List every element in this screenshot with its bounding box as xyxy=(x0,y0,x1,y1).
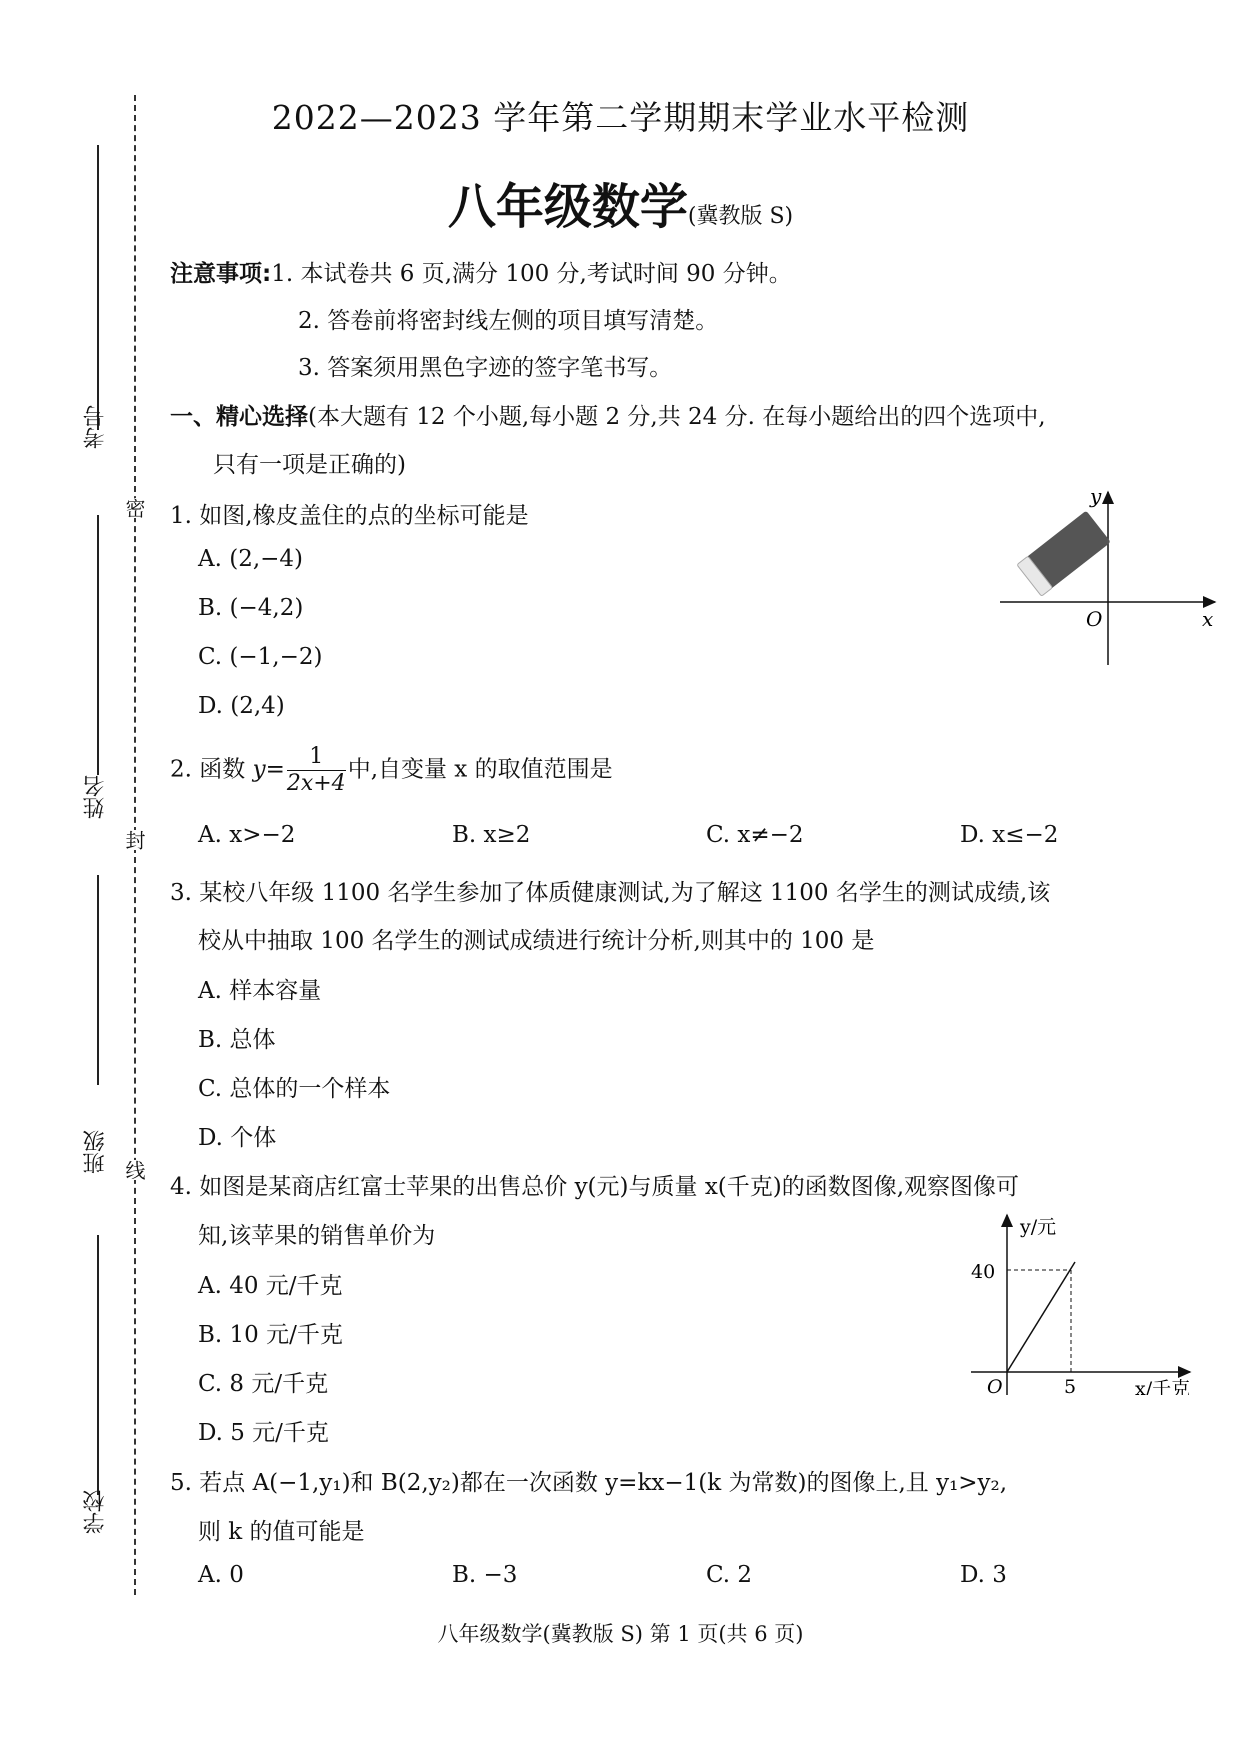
subject-name: 八年级数学 xyxy=(448,179,688,235)
q3-option-c[interactable]: C. 总体的一个样本 xyxy=(198,1070,390,1103)
q3-option-b[interactable]: B. 总体 xyxy=(198,1021,276,1054)
section-heading: 一、精心选择(本大题有 12 个小题,每小题 2 分,共 24 分. 在每小题给… xyxy=(170,398,1046,431)
class-field-line[interactable] xyxy=(97,875,99,1085)
section-title: 一、精心选择 xyxy=(170,404,308,430)
q3-option-a[interactable]: A. 样本容量 xyxy=(198,972,321,1005)
eraser-icon xyxy=(1017,511,1111,597)
q1-option-d[interactable]: D. (2,4) xyxy=(198,693,285,719)
q2-option-d[interactable]: D. x≤−2 xyxy=(960,822,1058,848)
question-3-stem-2: 校从中抽取 100 名学生的测试成绩进行统计分析,则其中的 100 是 xyxy=(198,922,874,955)
q1-option-b[interactable]: B. (−4,2) xyxy=(198,595,303,621)
q5-option-c[interactable]: C. 2 xyxy=(706,1562,752,1588)
svg-text:y/元: y/元 xyxy=(1019,1216,1056,1238)
question-4-stem-2: 知,该苹果的销售单价为 xyxy=(198,1217,435,1250)
question-3-stem-1: 3. 某校八年级 1100 名学生参加了体质健康测试,为了解这 1100 名学生… xyxy=(170,874,1050,907)
question-5-stem-2: 则 k 的值可能是 xyxy=(198,1513,365,1546)
q5-option-d[interactable]: D. 3 xyxy=(960,1562,1007,1588)
q3-option-d[interactable]: D. 个体 xyxy=(198,1119,276,1152)
note-item-3: 3. 答案须用黑色字迹的签字笔书写。 xyxy=(298,349,672,382)
school-label: 学校 xyxy=(80,1490,111,1534)
q4-option-a[interactable]: A. 40 元/千克 xyxy=(198,1267,343,1300)
edition-label: (冀教版 S) xyxy=(688,204,793,229)
q1-option-c[interactable]: C. (−1,−2) xyxy=(198,644,322,670)
q4-price-chart: y/元 40 O 5 x/千克 xyxy=(965,1205,1215,1395)
svg-text:x: x xyxy=(1202,607,1213,631)
question-1-stem: 1. 如图,橡皮盖住的点的坐标可能是 xyxy=(170,497,529,530)
svg-text:O: O xyxy=(1086,607,1102,631)
q4-option-c[interactable]: C. 8 元/千克 xyxy=(198,1365,328,1398)
svg-text:5: 5 xyxy=(1064,1376,1076,1395)
question-4-stem-1: 4. 如图是某商店红富士苹果的出售总价 y(元)与质量 x(千克)的函数图像,观… xyxy=(170,1168,1019,1201)
seal-mark-feng: 封 xyxy=(120,830,149,850)
notes-line-1: 注意事项:1. 本试卷共 6 页,满分 100 分,考试时间 90 分钟。 xyxy=(170,255,792,288)
svg-text:x/千克: x/千克 xyxy=(1135,1378,1190,1395)
question-5-stem-1: 5. 若点 A(−1,y₁)和 B(2,y₂)都在一次函数 y=kx−1(k 为… xyxy=(170,1464,1007,1497)
q4-option-b[interactable]: B. 10 元/千克 xyxy=(198,1316,343,1349)
seal-mark-xian: 线 xyxy=(120,1160,149,1180)
name-label: 姓名 xyxy=(80,775,111,819)
seal-mark-mi: 密 xyxy=(120,498,149,518)
q5-option-a[interactable]: A. 0 xyxy=(198,1562,244,1588)
name-field-line[interactable] xyxy=(97,515,99,775)
school-field-line[interactable] xyxy=(97,1235,99,1495)
svg-text:y: y xyxy=(1089,484,1102,508)
class-label: 班级 xyxy=(80,1130,111,1174)
q5-option-b[interactable]: B. −3 xyxy=(452,1562,517,1588)
note-item-2: 2. 答卷前将密封线左侧的项目填写清楚。 xyxy=(298,302,718,335)
q1-option-a[interactable]: A. (2,−4) xyxy=(198,546,303,572)
svg-text:O: O xyxy=(987,1376,1003,1395)
exam-number-label: 考号 xyxy=(80,405,111,449)
svg-text:40: 40 xyxy=(971,1261,995,1283)
q4-option-d[interactable]: D. 5 元/千克 xyxy=(198,1414,329,1447)
q2-option-a[interactable]: A. x>−2 xyxy=(198,822,295,848)
price-line xyxy=(1007,1262,1075,1372)
subject-title: 八年级数学(冀教版 S) xyxy=(0,168,1241,237)
note-item-1: 1. 本试卷共 6 页,满分 100 分,考试时间 90 分钟。 xyxy=(271,261,792,287)
section-instruction-2: 只有一项是正确的) xyxy=(213,446,406,479)
exam-title: 2022—2023 学年第二学期期末学业水平检测 xyxy=(0,92,1241,139)
page-footer: 八年级数学(冀教版 S) 第 1 页(共 6 页) xyxy=(0,1618,1241,1648)
q1-eraser-figure: y O x xyxy=(990,480,1220,670)
q2-option-b[interactable]: B. x≥2 xyxy=(452,822,530,848)
q2-option-c[interactable]: C. x≠−2 xyxy=(706,822,804,848)
notes-label: 注意事项: xyxy=(170,261,271,287)
question-2-stem: 2. 函数 y=12x+4中,自变量 x 的取值范围是 xyxy=(170,744,613,797)
section-instruction-1: (本大题有 12 个小题,每小题 2 分,共 24 分. 在每小题给出的四个选项… xyxy=(308,404,1046,430)
fraction: 12x+4 xyxy=(287,744,346,797)
